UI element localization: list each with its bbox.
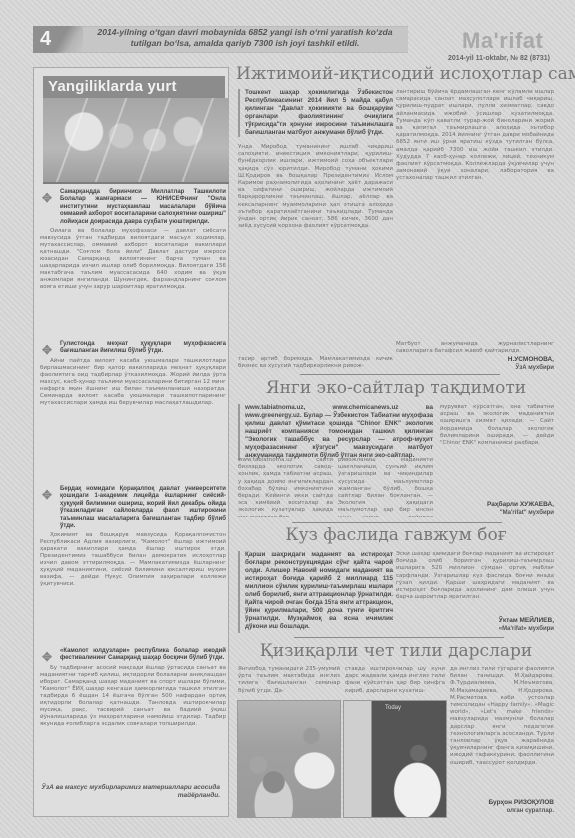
author-role: ЎзА мухбири [396,364,554,372]
classroom-photo [237,700,341,818]
story-lead: Бердақ номидаги Қорақалпоқ давлат универ… [60,486,226,529]
article-column: мурувват кўрсатган, она табиатни асраш в… [440,404,554,498]
article-column: ставда иштирокчилар шу куни дарс жадвали… [345,666,445,696]
story-body: Айни пайтда вилоят касаба уюшмалари ташк… [40,358,226,407]
article-signature: Ўктам МЕЙЛИЕВ, «Ma'rifat» мухбири [396,617,554,633]
teacher-at-board-photo [343,700,447,818]
digest-story-2: ✥ Гулистонда меҳнат ҳуқуқлари муҳофазаси… [40,341,226,407]
divider [300,374,500,375]
digest-title: Yangiliklarda yurt nafasi [43,76,225,98]
header-quote: 2014-yilning o‘tgan davri mobaynida 6852… [90,27,400,48]
article-column: да инглиз тили тўгараги фаолияти билан т… [450,666,554,796]
article-column: www.tabiatnoma.uz сайти бизларда экологи… [238,457,333,517]
story-body: Ҳокимият ва бошқарув мавзусида Қорақалпо… [40,532,226,588]
digest-story-1: ✥ Самарқандда биринчиси Миллатлар Ташкил… [40,189,226,291]
issue-date: 2014-yil 11-oktabr, № 82 (8731) [395,55,550,62]
story-body: Бу тадбирнинг асосий мақсади ёшлар ўртас… [40,665,226,728]
ornament-bullet-icon: ✥ [42,344,54,356]
news-digest-column: Yangiliklarda yurt nafasi ✥ Самарқандда … [33,67,229,817]
author-role: "Ma'rifat" мухбири [440,509,554,517]
article-lead: Тошкент шаҳар ҳокимлигида Ўзбекистон Рес… [238,89,393,137]
story-lead: Самарқандда биринчиси Миллатлар Ташкилот… [60,189,226,225]
author-name: Раҳбарли ХУЖАЕВА, [440,501,554,509]
divider [294,637,504,638]
story-lead: Гулистонда меҳнат ҳуқуқлари муҳофазасига… [60,341,226,354]
article-title: Куз фаслида гавжум боғ [236,525,556,545]
board-caption: Today [385,705,401,711]
story-lead: «Камолот юлдузлари» республика болалар и… [60,648,226,661]
article-lead: Қарши шаҳридаги маданият ва истироҳат бо… [238,551,393,633]
article-title: Янги эко-сайтлар тақдимоти [236,378,556,398]
article-column: Янгиобод туманидаги 235-умумий ўрта таъл… [238,666,340,696]
story-body: Оилага ва болалар муҳофазаси — давлат си… [40,228,226,291]
author-name: Н.УСМОНОВА, [396,356,554,364]
ornament-bullet-icon: ✥ [42,489,54,501]
author-role: «Ma'rifat» мухбири [396,625,554,633]
ornament-bullet-icon: ✥ [42,651,54,663]
digest-closing: ЎзА ва махсус мухбирларимиз материаллари… [40,784,226,800]
digest-story-3: ✥ Бердақ номидаги Қорақалпоқ давлат унив… [40,486,226,588]
article-column: ривожланиш маданияти шаклланиши, сунъий … [338,457,433,517]
author-name: Бурҳон РИЗОҚУЛОВ [450,799,554,807]
article-column: Унда Миробод туманининг ишлаб чиқариш са… [238,144,393,354]
article-signature: Раҳбарли ХУЖАЕВА, "Ma'rifat" мухбири [440,501,554,517]
digest-story-4: ✥ «Камолот юлдузлари» республика болалар… [40,648,226,728]
ornament-bullet-icon: ✥ [42,192,54,204]
article-column-tail: тасир артиб бормоқда. Мамлакатимизда кич… [238,356,393,370]
children-photo-collage [43,98,229,184]
article-closing-note: Матбуот анжуманида журналистларнинг саво… [396,341,554,355]
page-number: 4 [33,26,83,53]
article-lead: www.tabiatnoma.uz, www.chemicanews.uz ва… [238,404,433,460]
newspaper-brand: Ma'rifat [462,28,543,54]
divider [292,522,502,523]
article-column: лантириш бўйича ёрдамлашган кенг кўламли… [396,89,554,337]
article-signature: Н.УСМОНОВА, ЎзА мухбири [396,356,554,372]
article-signature: Бурҳон РИЗОҚУЛОВ олган суратлар. [450,799,554,815]
newspaper-page: 4 2014-yilning o‘tgan davri mobaynida 68… [0,0,575,838]
author-role: олган суратлар. [450,807,554,815]
article-column: Эски шаҳар ҳамидаги боғлар маданият ва и… [396,551,554,616]
article-title: Қизиқарли чет тили дарслари [236,641,556,661]
author-name: Ўктам МЕЙЛИЕВ, [396,617,554,625]
article-title: Ижтимоий-иқтисодий ислоҳотлар самаралари [236,64,556,84]
